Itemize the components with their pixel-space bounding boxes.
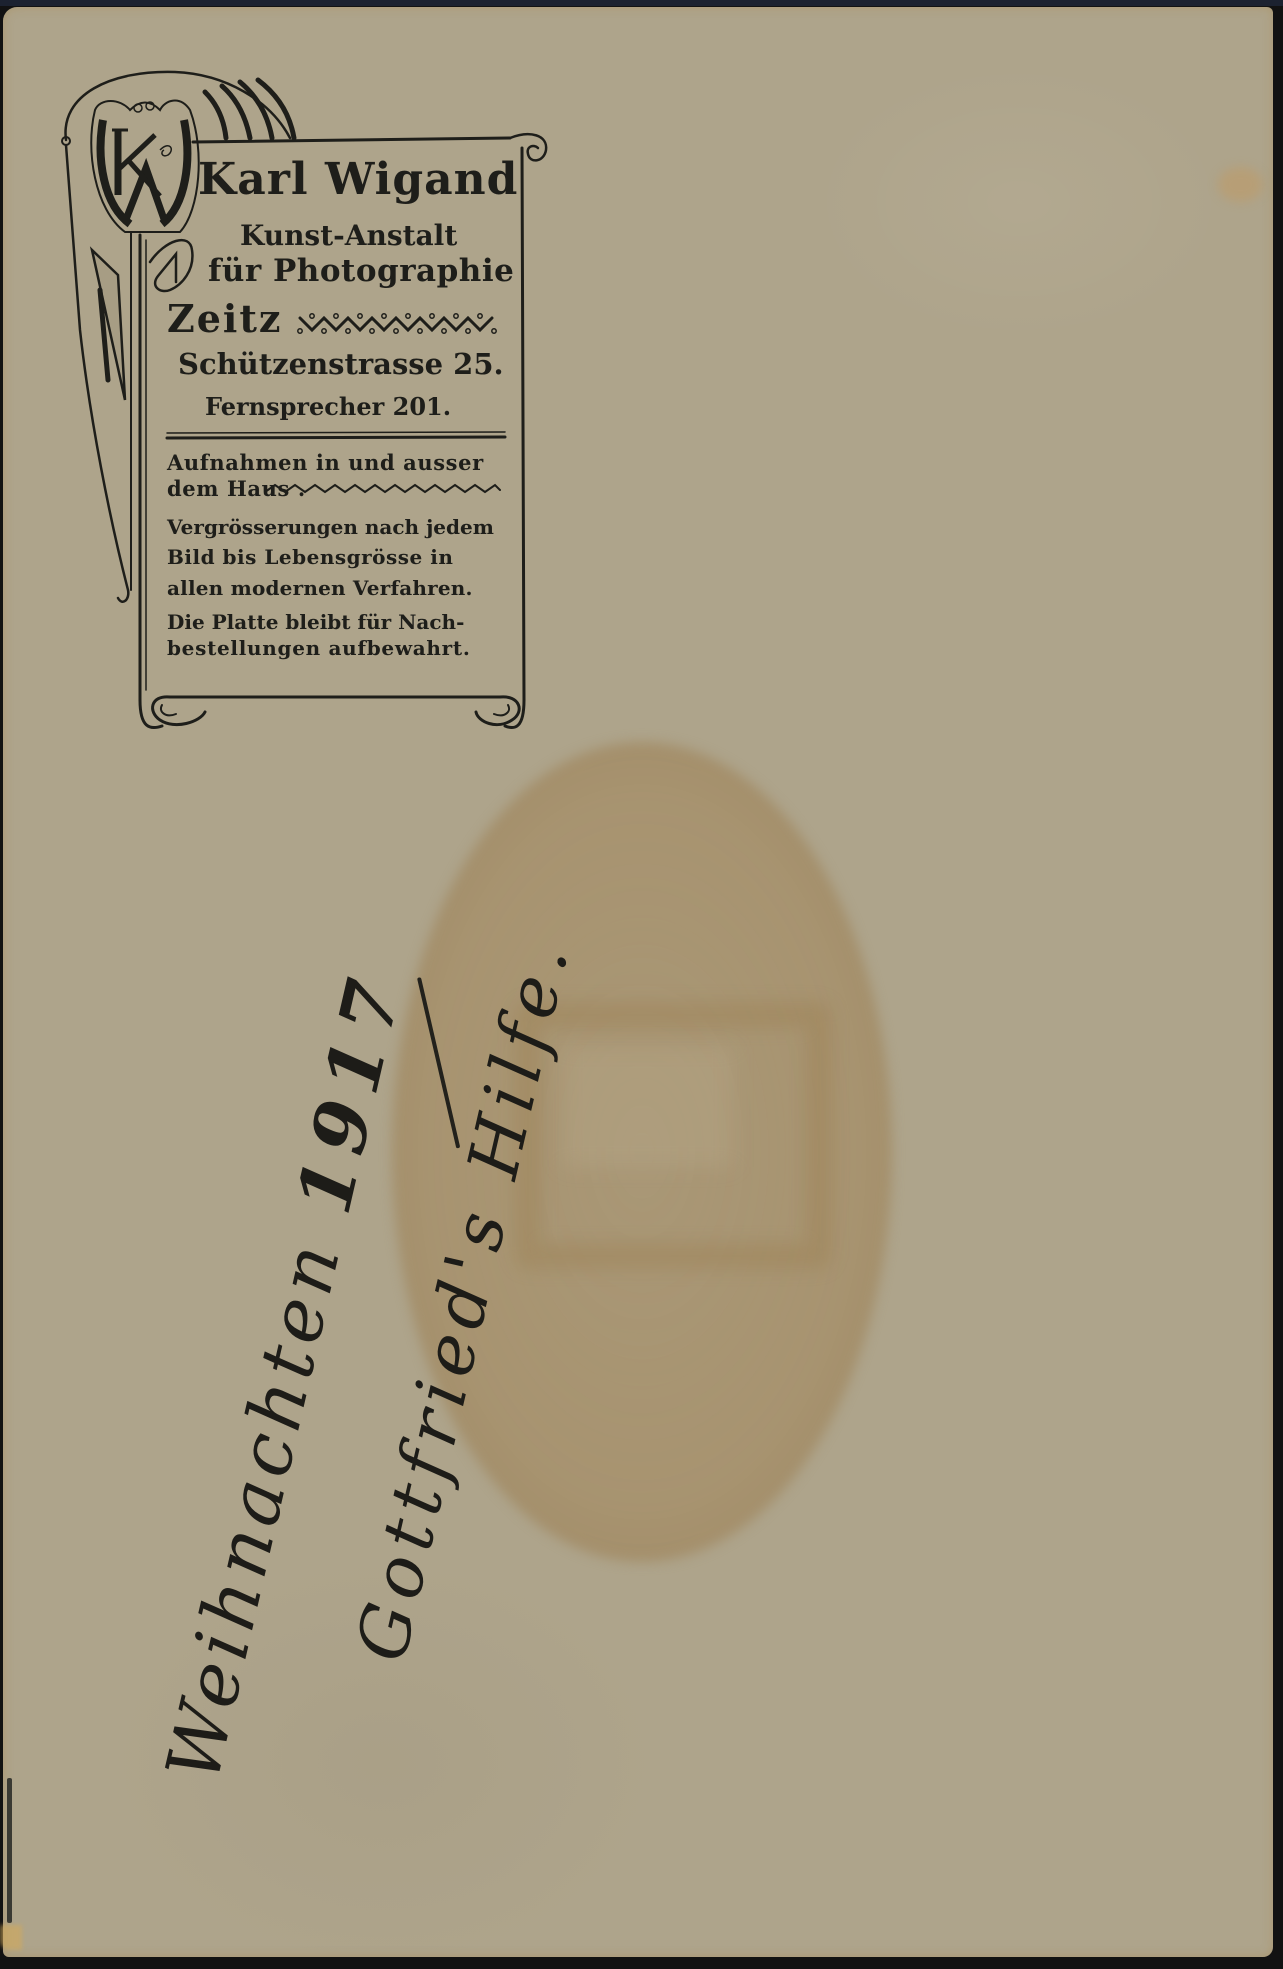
- stamp-note-line: Aufnahmen in und ausser: [167, 452, 484, 473]
- stamp-note-line: dem Haus .: [167, 478, 306, 499]
- studio-street: Schützenstrasse 25.: [178, 350, 504, 379]
- stamp-note-line: Bild bis Lebensgrösse in: [167, 547, 453, 567]
- studio-name: Karl Wigand: [198, 158, 518, 202]
- edge-mark: [7, 1778, 12, 1923]
- stamp-note-line: Vergrösserungen nach jedem: [167, 517, 494, 537]
- studio-city: Zeitz: [167, 300, 282, 338]
- photographer-stamp: Karl Wigand Kunst-Anstalt für Photograph…: [0, 0, 600, 760]
- kw-monogram-icon: [91, 101, 198, 232]
- studio-phone: Fernsprecher 201.: [205, 395, 451, 419]
- studio-subtitle-1: Kunst-Anstalt: [240, 222, 457, 250]
- stamp-note-line: Die Platte bleibt für Nach-: [167, 612, 464, 632]
- studio-subtitle-2: für Photographie: [208, 256, 514, 287]
- worn-corner: [0, 1925, 22, 1950]
- stamp-note-line: bestellungen aufbewahrt.: [167, 638, 471, 658]
- stamp-note-line: allen modernen Verfahren.: [167, 578, 473, 598]
